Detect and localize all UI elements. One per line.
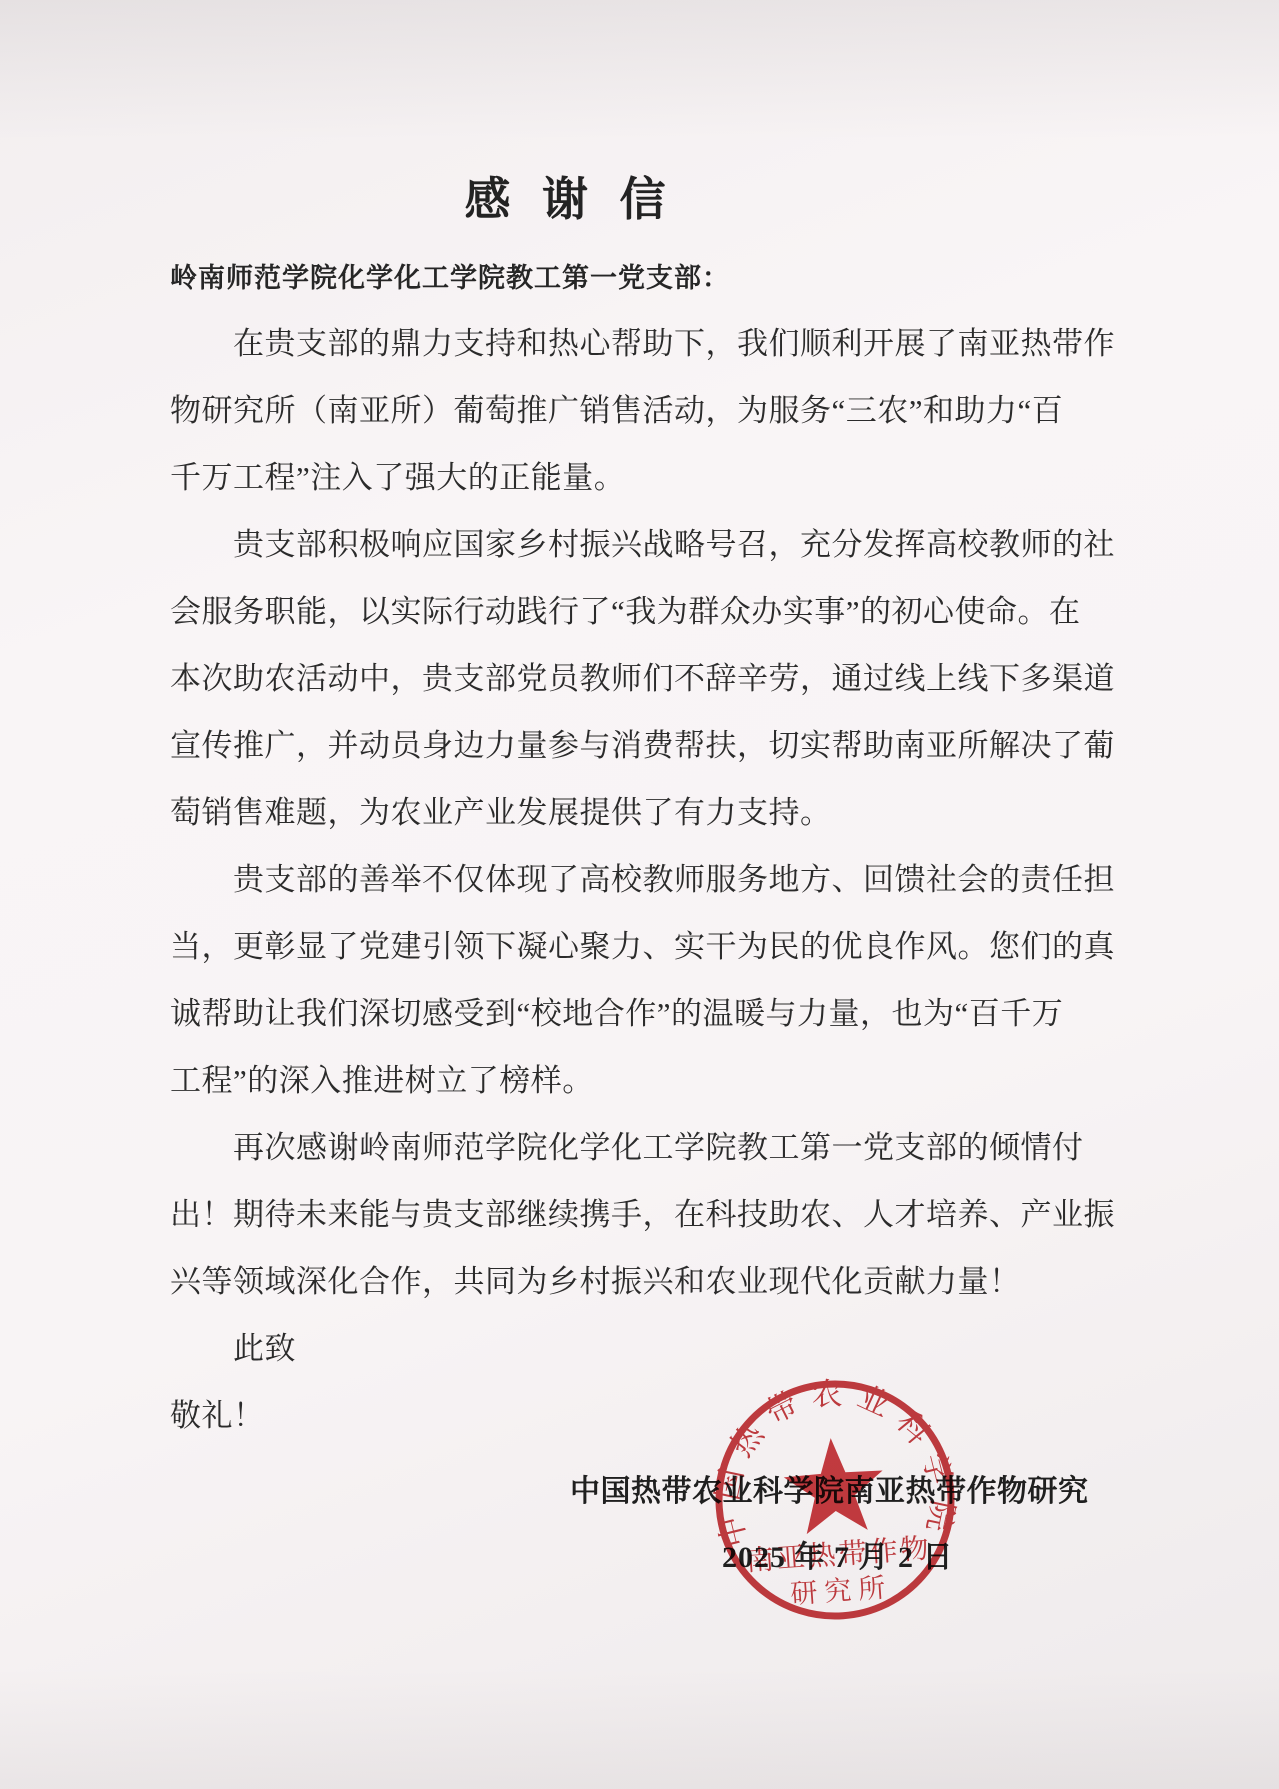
paragraph-3-line: 诚帮助让我们深切感受到“校地合作”的温暖与力量，也为“百千万 bbox=[170, 980, 1120, 1047]
salutation: 岭南师范学院化学化工学院教工第一党支部： bbox=[170, 256, 730, 295]
official-seal: 中国热带农业科学院 南亚热带作物 研究所 bbox=[694, 1359, 976, 1641]
paragraph-4-line: 兴等领域深化合作，共同为乡村振兴和农业现代化贡献力量！ bbox=[170, 1248, 1120, 1315]
letter-title: 感 谢 信 bbox=[0, 163, 1140, 229]
paragraph-3-line: 贵支部的善举不仅体现了高校教师服务地方、回馈社会的责任担 bbox=[170, 846, 1120, 913]
letter-body: 在贵支部的鼎力支持和热心帮助下，我们顺利开展了南亚热带作 物研究所（南亚所）葡萄… bbox=[170, 310, 1120, 1449]
paragraph-2-line: 萄销售难题，为农业产业发展提供了有力支持。 bbox=[170, 779, 1120, 846]
closing-respectfully: 此致 bbox=[170, 1315, 1120, 1382]
seal-inner-line2: 研究所 bbox=[789, 1572, 893, 1609]
paragraph-3-line: 当，更彰显了党建引领下凝心聚力、实干为民的优良作风。您们的真 bbox=[170, 913, 1120, 980]
paragraph-2-line: 本次助农活动中，贵支部党员教师们不辞辛劳，通过线上线下多渠道 bbox=[170, 645, 1120, 712]
paragraph-2-line: 贵支部积极响应国家乡村振兴战略号召，充分发挥高校教师的社 bbox=[170, 511, 1120, 578]
paragraph-2-line: 宣传推广，并动员身边力量参与消费帮扶，切实帮助南亚所解决了葡 bbox=[170, 712, 1120, 779]
paragraph-1-line: 千万工程”注入了强大的正能量。 bbox=[170, 444, 1120, 511]
paragraph-4-line: 出！期待未来能与贵支部继续携手，在科技助农、人才培养、产业振 bbox=[170, 1181, 1120, 1248]
paragraph-1-line: 在贵支部的鼎力支持和热心帮助下，我们顺利开展了南亚热带作 bbox=[170, 310, 1120, 377]
thank-you-letter-page: 感 谢 信 岭南师范学院化学化工学院教工第一党支部： 在贵支部的鼎力支持和热心帮… bbox=[0, 0, 1279, 1789]
paper-shading-bottom bbox=[0, 1669, 1279, 1789]
paragraph-1-line: 物研究所（南亚所）葡萄推广销售活动，为服务“三农”和助力“百 bbox=[170, 377, 1120, 444]
seal-inner-line1: 南亚热带作物 bbox=[745, 1532, 933, 1577]
paragraph-2-line: 会服务职能，以实际行动践行了“我为群众办实事”的初心使命。在 bbox=[170, 578, 1120, 645]
paper-shading-top bbox=[0, 0, 1279, 140]
seal-star-icon bbox=[781, 1435, 886, 1536]
paragraph-3-line: 工程”的深入推进树立了榜样。 bbox=[170, 1047, 1120, 1114]
paragraph-4-line: 再次感谢岭南师范学院化学化工学院教工第一党支部的倾情付 bbox=[170, 1114, 1120, 1181]
closing-salute: 敬礼！ bbox=[170, 1382, 1120, 1449]
